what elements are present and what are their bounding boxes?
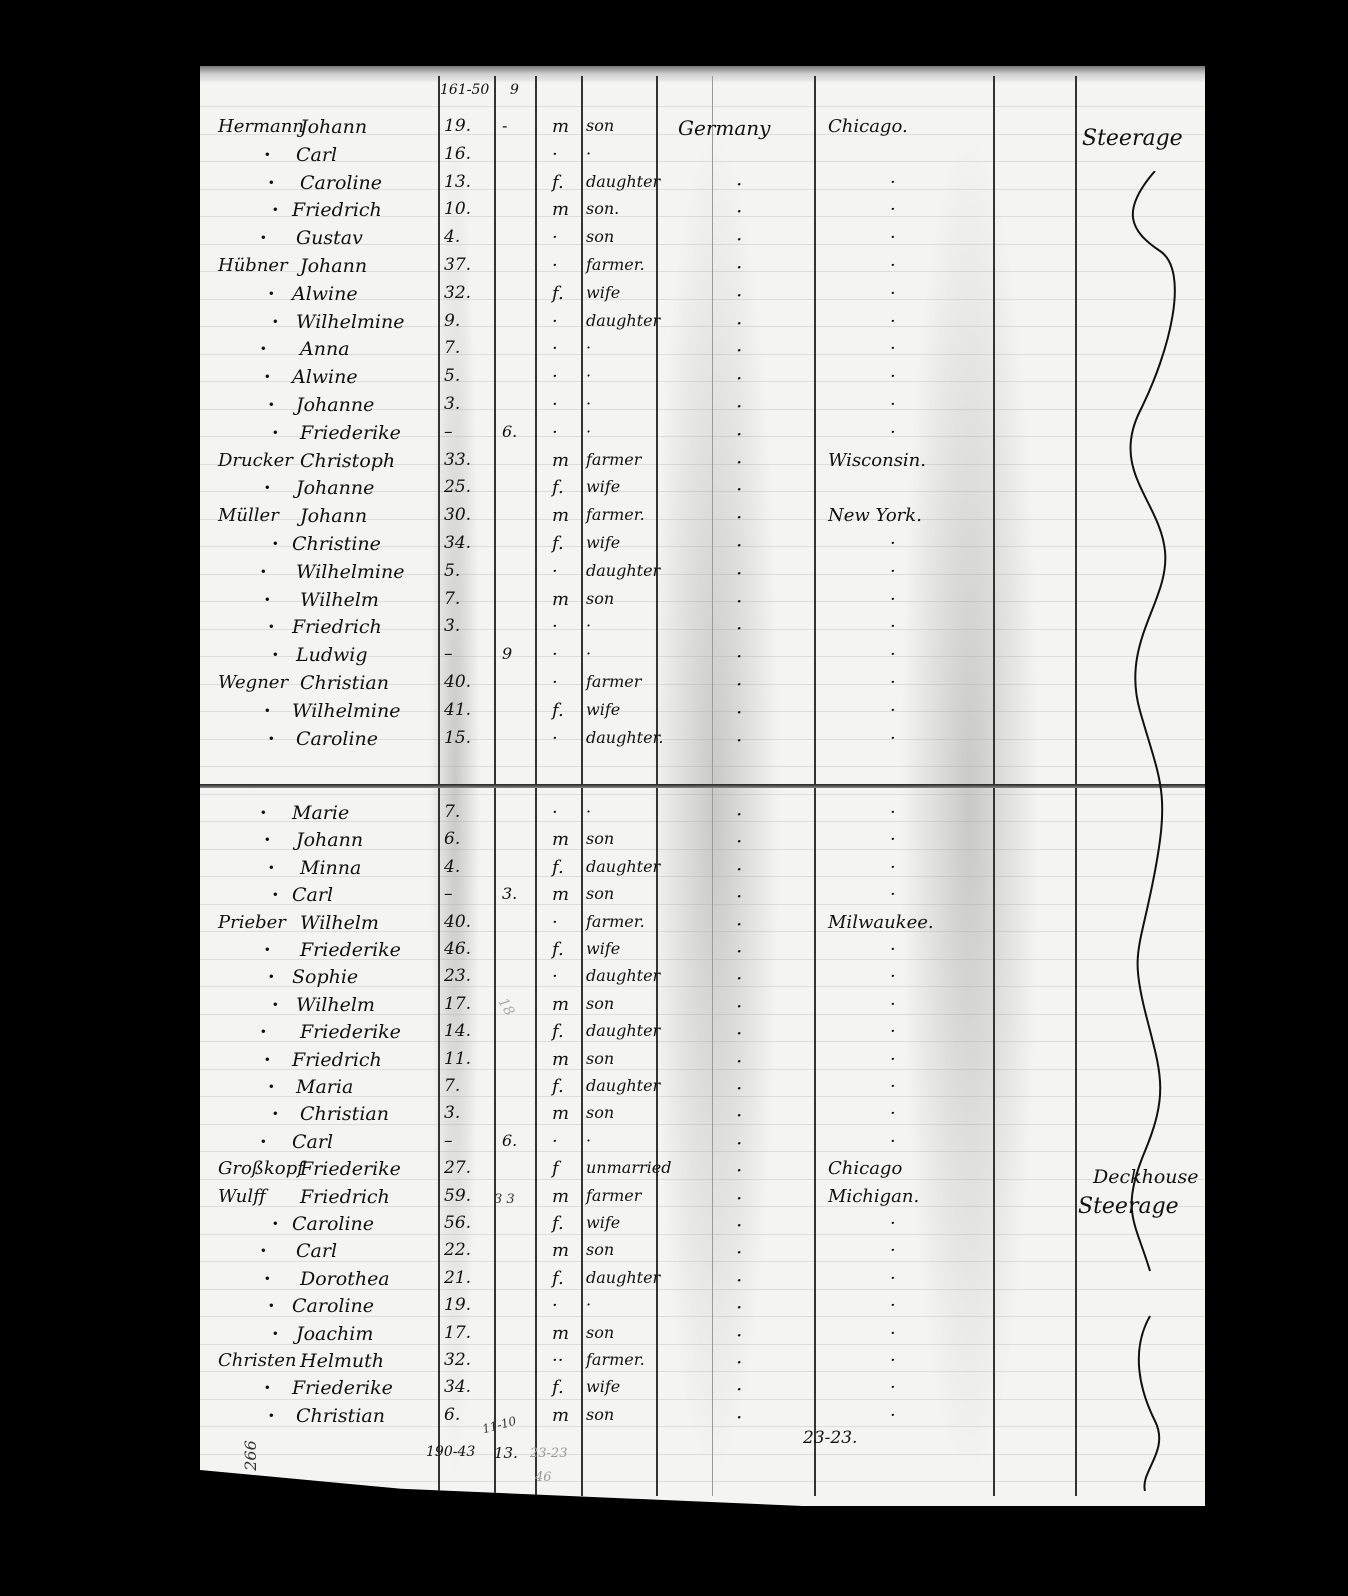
occupation-cell: ·: [586, 616, 591, 635]
age-cell: 32.: [444, 283, 471, 303]
passenger-row: Carl–3.mson···: [200, 884, 1205, 910]
rule-line: [200, 106, 1205, 107]
sex-cell: ·: [552, 644, 558, 665]
sex-cell: ·: [552, 728, 558, 749]
sex-cell: ·: [552, 227, 558, 248]
passenger-row: Ludwig–9·····: [200, 644, 1205, 670]
passenger-row: WulffFriedrich59.mfarmer·Michigan.: [200, 1186, 1205, 1212]
age-cell: 11.: [444, 1049, 471, 1069]
sex-cell: f.: [552, 1076, 564, 1097]
surname-cell: Großkopf: [218, 1158, 304, 1179]
sex-cell: f.: [552, 533, 564, 554]
country-cell: ·: [736, 700, 742, 724]
wulff-months-note: 3 3: [494, 1192, 515, 1207]
destination-cell: ·: [890, 672, 896, 693]
given-name-cell: Maria: [296, 1076, 353, 1098]
passenger-row: HermannJohann19.-msonGermanyChicago.: [200, 116, 1205, 142]
months-cell: 6.: [502, 1131, 517, 1150]
passenger-row: Christine34.f.wife···: [200, 533, 1205, 559]
destination-cell: ·: [890, 1377, 896, 1398]
country-cell: ·: [736, 1295, 742, 1319]
passenger-row: DruckerChristoph33.mfarmer·Wisconsin.: [200, 450, 1205, 476]
destination-cell: ·: [890, 1021, 896, 1042]
sex-cell: f: [552, 1158, 559, 1179]
country-cell: ·: [736, 802, 742, 826]
given-name-cell: Carl: [292, 884, 333, 906]
country-cell: ·: [736, 1158, 742, 1182]
passenger-row: Friedrich3.·····: [200, 616, 1205, 642]
passenger-row: Gustav4.·son···: [200, 227, 1205, 253]
destination-cell: ·: [890, 1405, 896, 1426]
destination-cell: Michigan.: [828, 1186, 919, 1207]
ditto-mark: ·: [260, 227, 267, 249]
occupation-cell: son: [586, 994, 614, 1013]
given-name-cell: Helmuth: [300, 1350, 384, 1372]
months-cell: 6.: [502, 422, 517, 441]
passenger-row: Caroline15.·daughter.···: [200, 728, 1205, 754]
given-name-cell: Carl: [292, 1131, 333, 1153]
given-name-cell: Alwine: [292, 366, 358, 388]
sex-cell: f.: [552, 1213, 564, 1234]
surname-cell: Wulff: [218, 1186, 266, 1207]
country-cell: ·: [736, 1049, 742, 1073]
country-cell: ·: [736, 366, 742, 390]
destination-cell: ·: [890, 199, 896, 220]
passenger-row: Friederike34.f.wife···: [200, 1377, 1205, 1403]
surname-cell: Christen: [218, 1350, 296, 1371]
passenger-row: Dorothea21.f.daughter···: [200, 1268, 1205, 1294]
ditto-mark: ·: [264, 589, 271, 611]
country-cell: ·: [736, 311, 742, 335]
country-cell: ·: [736, 994, 742, 1018]
ditto-mark: ·: [272, 422, 279, 444]
sex-cell: ·: [552, 311, 558, 332]
occupation-cell: ·: [586, 144, 591, 163]
country-cell: ·: [736, 1268, 742, 1292]
sex-cell: f.: [552, 1377, 564, 1398]
surname-cell: Prieber: [218, 912, 286, 933]
passenger-row: WegnerChristian40.·farmer··: [200, 672, 1205, 698]
age-cell: 7.: [444, 338, 460, 358]
passenger-row: Carl22.mson···: [200, 1240, 1205, 1266]
destination-cell: Chicago.: [828, 116, 908, 137]
sex-cell: f.: [552, 283, 564, 304]
months-cell: -: [502, 116, 507, 135]
ditto-mark: ·: [264, 1268, 271, 1290]
age-cell: 14.: [444, 1021, 471, 1041]
occupation-cell: ·: [586, 366, 591, 385]
passenger-row: Maria7.f.daughter···: [200, 1076, 1205, 1102]
given-name-cell: Dorothea: [300, 1268, 390, 1290]
given-name-cell: Johann: [300, 505, 367, 527]
given-name-cell: Christine: [292, 533, 381, 555]
occupation-cell: wife: [586, 939, 620, 958]
rule-line: [200, 1454, 1205, 1455]
ditto-mark: ·: [268, 394, 275, 416]
age-cell: 34.: [444, 1377, 471, 1397]
given-name-cell: Wilhelmine: [296, 311, 404, 333]
sex-cell: m: [552, 589, 569, 610]
occupation-cell: farmer.: [586, 1350, 645, 1369]
sex-cell: ·: [552, 144, 558, 165]
age-cell: 13.: [444, 172, 471, 192]
age-cell: 7.: [444, 589, 460, 609]
destination-cell: ·: [890, 1131, 896, 1152]
age-cell: 37.: [444, 255, 471, 275]
age-cell: 19.: [444, 1295, 471, 1315]
country-cell: ·: [736, 966, 742, 990]
occupation-cell: ·: [586, 644, 591, 663]
age-cell: 17.: [444, 1323, 471, 1343]
given-name-cell: Friederike: [300, 1021, 401, 1043]
sex-cell: m: [552, 1186, 569, 1207]
age-cell: 30.: [444, 505, 471, 525]
rule-line: [200, 766, 1205, 767]
class-label-steerage: Steerage: [1082, 126, 1183, 151]
passenger-row: MüllerJohann30.mfarmer.·New York.: [200, 505, 1205, 531]
surname-cell: Müller: [218, 505, 279, 526]
surname-cell: Hübner: [218, 255, 288, 276]
country-cell: ·: [736, 1240, 742, 1264]
passenger-row: Johanne25.f.wife··: [200, 477, 1205, 503]
rule-line: [200, 1481, 1205, 1482]
sex-cell: ·: [552, 366, 558, 387]
country-cell: ·: [736, 505, 742, 529]
given-name-cell: Joachim: [296, 1323, 373, 1345]
given-name-cell: Caroline: [300, 172, 382, 194]
country-cell: ·: [736, 644, 742, 668]
given-name-cell: Anna: [300, 338, 350, 360]
destination-cell: ·: [890, 939, 896, 960]
ditto-mark: ·: [268, 1295, 275, 1317]
occupation-cell: wife: [586, 283, 620, 302]
ditto-mark: ·: [264, 1377, 271, 1399]
ditto-mark: ·: [272, 199, 279, 221]
age-cell: 7.: [444, 1076, 460, 1096]
passenger-row: Joachim17.mson···: [200, 1323, 1205, 1349]
destination-cell: ·: [890, 394, 896, 415]
passenger-row: Wilhelmine9.·daughter···: [200, 311, 1205, 337]
occupation-cell: ·: [586, 802, 591, 821]
passenger-row: Carl–6.·····: [200, 1131, 1205, 1157]
age-cell: 5.: [444, 366, 460, 386]
sex-cell: ··: [552, 1350, 563, 1371]
occupation-cell: wife: [586, 1377, 620, 1396]
given-name-cell: Johanne: [296, 477, 374, 499]
sex-cell: m: [552, 1103, 569, 1124]
destination-cell: ·: [890, 533, 896, 554]
given-name-cell: Christian: [300, 1103, 389, 1125]
destination-cell: ·: [890, 1213, 896, 1234]
given-name-cell: Sophie: [292, 966, 358, 988]
destination-cell: ·: [890, 616, 896, 637]
sex-cell: ·: [552, 561, 558, 582]
ditto-mark: ·: [272, 644, 279, 666]
sex-cell: ·: [552, 1295, 558, 1316]
country-cell: ·: [736, 450, 742, 474]
destination-cell: ·: [890, 172, 896, 193]
passenger-row: Friederike14.f.daughter···: [200, 1021, 1205, 1047]
ditto-mark: ·: [272, 884, 279, 906]
destination-cell: ·: [890, 1350, 896, 1371]
occupation-cell: wife: [586, 1213, 620, 1232]
surname-cell: Drucker: [218, 450, 293, 471]
ditto-mark: ·: [272, 1213, 279, 1235]
passenger-row: Anna7.·····: [200, 338, 1205, 364]
ditto-mark: ·: [264, 1049, 271, 1071]
given-name-cell: Friedrich: [292, 199, 382, 221]
ditto-mark: ·: [260, 1021, 267, 1043]
sex-cell: ·: [552, 255, 558, 276]
age-cell: 41.: [444, 700, 471, 720]
occupation-cell: wife: [586, 533, 620, 552]
country-cell: ·: [736, 1103, 742, 1127]
ditto-mark: ·: [272, 994, 279, 1016]
sex-cell: m: [552, 1323, 569, 1344]
sex-cell: m: [552, 829, 569, 850]
given-name-cell: Christian: [296, 1405, 385, 1427]
manifest-page: 161-50 9 HermannJohann19.-msonGermanyChi…: [200, 66, 1205, 1506]
occupation-cell: son: [586, 116, 614, 135]
occupation-cell: son: [586, 1323, 614, 1342]
destination-cell: ·: [890, 338, 896, 359]
given-name-cell: Johann: [296, 829, 363, 851]
given-name-cell: Ludwig: [296, 644, 368, 666]
occupation-cell: daughter: [586, 561, 660, 580]
given-name-cell: Johanne: [296, 394, 374, 416]
ditto-mark: ·: [268, 1076, 275, 1098]
destination-cell: ·: [890, 1076, 896, 1097]
passenger-row: ChristenHelmuth32.··farmer.··: [200, 1350, 1205, 1376]
sex-cell: m: [552, 994, 569, 1015]
passenger-row: Johann6.mson···: [200, 829, 1205, 855]
age-cell: 17.: [444, 994, 471, 1014]
occupation-cell: son: [586, 829, 614, 848]
given-name-cell: Caroline: [292, 1213, 374, 1235]
age-cell: 3.: [444, 1103, 460, 1123]
age-cell: 34.: [444, 533, 471, 553]
ditto-mark: ·: [268, 172, 275, 194]
age-cell: 3.: [444, 394, 460, 414]
age-cell: –: [444, 422, 453, 442]
ditto-mark: ·: [260, 1131, 267, 1153]
age-cell: 27.: [444, 1158, 471, 1178]
given-name-cell: Friederike: [300, 939, 401, 961]
sex-cell: ·: [552, 912, 558, 933]
country-cell: ·: [736, 172, 742, 196]
occupation-cell: son: [586, 1405, 614, 1424]
country-cell: ·: [736, 912, 742, 936]
age-cell: 33.: [444, 450, 471, 470]
destination-cell: ·: [890, 966, 896, 987]
given-name-cell: Friederike: [300, 422, 401, 444]
given-name-cell: Johann: [300, 255, 367, 277]
country-cell: ·: [736, 672, 742, 696]
destination-cell: ·: [890, 1295, 896, 1316]
ditto-mark: ·: [268, 1405, 275, 1427]
age-cell: –: [444, 884, 453, 904]
age-cell: 9.: [444, 311, 460, 331]
country-cell: ·: [736, 227, 742, 251]
destination-cell: ·: [890, 857, 896, 878]
age-cell: 21.: [444, 1268, 471, 1288]
destination-cell: ·: [890, 366, 896, 387]
given-name-cell: Friederike: [292, 1377, 393, 1399]
occupation-cell: farmer: [586, 450, 641, 469]
sex-cell: m: [552, 1240, 569, 1261]
sex-cell: m: [552, 1405, 569, 1426]
age-cell: 25.: [444, 477, 471, 497]
sex-tally: 23-23: [530, 1446, 567, 1461]
destination-cell: ·: [890, 589, 896, 610]
age-cell: 6.: [444, 829, 460, 849]
ditto-mark: ·: [264, 939, 271, 961]
country-cell: ·: [736, 1405, 742, 1429]
age-total: 190-43: [426, 1444, 475, 1460]
sex-cell: m: [552, 199, 569, 220]
destination-cell: ·: [890, 422, 896, 443]
sex-cell: ·: [552, 422, 558, 443]
age-cell: 7.: [444, 802, 460, 822]
occupation-cell: ·: [586, 1295, 591, 1314]
sex-cell: ·: [552, 394, 558, 415]
occupation-cell: unmarried: [586, 1158, 671, 1177]
ditto-mark: ·: [260, 561, 267, 583]
occupation-cell: daughter: [586, 1268, 660, 1287]
destination-cell: ·: [890, 1049, 896, 1070]
country-cell: ·: [736, 589, 742, 613]
destination-cell: Wisconsin.: [828, 450, 926, 471]
destination-tally: 23-23.: [803, 1428, 857, 1448]
passenger-row: Friedrich11.mson···: [200, 1049, 1205, 1075]
sex-cell: m: [552, 505, 569, 526]
bracket-wave-icon: [1120, 171, 1190, 1491]
given-name-cell: Minna: [300, 857, 361, 879]
given-name-cell: Christian: [300, 672, 389, 694]
ditto-mark: ·: [260, 802, 267, 824]
passenger-row: Minna4.f.daughter···: [200, 857, 1205, 883]
destination-cell: ·: [890, 1323, 896, 1344]
age-cell: 4.: [444, 857, 460, 877]
ditto-mark: ·: [260, 338, 267, 360]
occupation-cell: son: [586, 227, 614, 246]
sex-cell: f.: [552, 700, 564, 721]
destination-cell: ·: [890, 1103, 896, 1124]
country-cell: Germany: [678, 116, 770, 140]
ditto-mark: ·: [272, 533, 279, 555]
country-cell: ·: [736, 422, 742, 446]
sex-tally-total: 46: [535, 1470, 552, 1485]
country-cell: ·: [736, 199, 742, 223]
given-name-cell: Friedrich: [300, 1186, 390, 1208]
given-name-cell: Wilhelmine: [296, 561, 404, 583]
country-cell: ·: [736, 1377, 742, 1401]
destination-cell: ·: [890, 283, 896, 304]
sex-cell: f.: [552, 857, 564, 878]
given-name-cell: Christoph: [300, 450, 395, 472]
passenger-row: Alwine32.f.wife···: [200, 283, 1205, 309]
country-cell: ·: [736, 338, 742, 362]
passenger-row: Christian6.mson···: [200, 1405, 1205, 1431]
sex-cell: f.: [552, 1021, 564, 1042]
occupation-cell: son: [586, 884, 614, 903]
sex-cell: m: [552, 884, 569, 905]
months-total: 13.: [494, 1444, 518, 1462]
country-cell: ·: [736, 1323, 742, 1347]
passenger-row: Johanne3.·····: [200, 394, 1205, 420]
ditto-mark: ·: [264, 144, 271, 166]
surname-cell: Wegner: [218, 672, 288, 693]
given-name-cell: Wilhelm: [296, 994, 375, 1016]
occupation-cell: ·: [586, 338, 591, 357]
destination-cell: ·: [890, 884, 896, 905]
page-number: 266: [241, 1440, 260, 1471]
age-tally-header: 161-50: [440, 82, 489, 98]
ditto-mark: ·: [264, 366, 271, 388]
country-cell: ·: [736, 1213, 742, 1237]
passenger-row: HübnerJohann37.·farmer.··: [200, 255, 1205, 281]
passenger-row: Alwine5.·····: [200, 366, 1205, 392]
country-cell: ·: [736, 255, 742, 279]
surname-cell: Hermann: [218, 116, 304, 137]
country-cell: ·: [736, 1076, 742, 1100]
age-cell: 3.: [444, 616, 460, 636]
occupation-cell: farmer.: [586, 255, 645, 274]
passenger-row: Caroline19.·····: [200, 1295, 1205, 1321]
ditto-mark: ·: [268, 857, 275, 879]
ditto-mark: ·: [264, 477, 271, 499]
country-cell: ·: [736, 477, 742, 501]
occupation-cell: ·: [586, 422, 591, 441]
rule-line: [200, 794, 1205, 795]
destination-cell: ·: [890, 561, 896, 582]
given-name-cell: Caroline: [296, 728, 378, 750]
age-cell: 40.: [444, 672, 471, 692]
given-name-cell: Friederike: [300, 1158, 401, 1180]
sex-cell: ·: [552, 966, 558, 987]
occupation-cell: wife: [586, 700, 620, 719]
sex-cell: m: [552, 116, 569, 137]
age-cell: 23.: [444, 966, 471, 986]
country-cell: ·: [736, 394, 742, 418]
ditto-mark: ·: [268, 283, 275, 305]
destination-cell: ·: [890, 994, 896, 1015]
age-cell: 10.: [444, 199, 471, 219]
age-cell: 56.: [444, 1213, 471, 1233]
age-cell: 40.: [444, 912, 471, 932]
given-name-cell: Carl: [296, 1240, 337, 1262]
ditto-mark: ·: [272, 1323, 279, 1345]
country-cell: ·: [736, 283, 742, 307]
destination-cell: ·: [890, 227, 896, 248]
ditto-mark: ·: [272, 1103, 279, 1125]
destination-cell: ·: [890, 829, 896, 850]
months-cell: 9: [502, 644, 512, 663]
months-tally-header: 9: [510, 82, 519, 98]
destination-cell: Chicago: [828, 1158, 902, 1179]
sex-cell: m: [552, 1049, 569, 1070]
occupation-cell: daughter: [586, 1076, 660, 1095]
country-cell: ·: [736, 561, 742, 585]
age-cell: 22.: [444, 1240, 471, 1260]
country-cell: ·: [736, 1350, 742, 1374]
occupation-cell: son: [586, 1240, 614, 1259]
page-fold: [200, 784, 1205, 788]
months-cell: 3.: [502, 884, 517, 903]
destination-cell: ·: [890, 728, 896, 749]
passenger-row: Friederike46.f.wife···: [200, 939, 1205, 965]
destination-cell: ·: [890, 1268, 896, 1289]
